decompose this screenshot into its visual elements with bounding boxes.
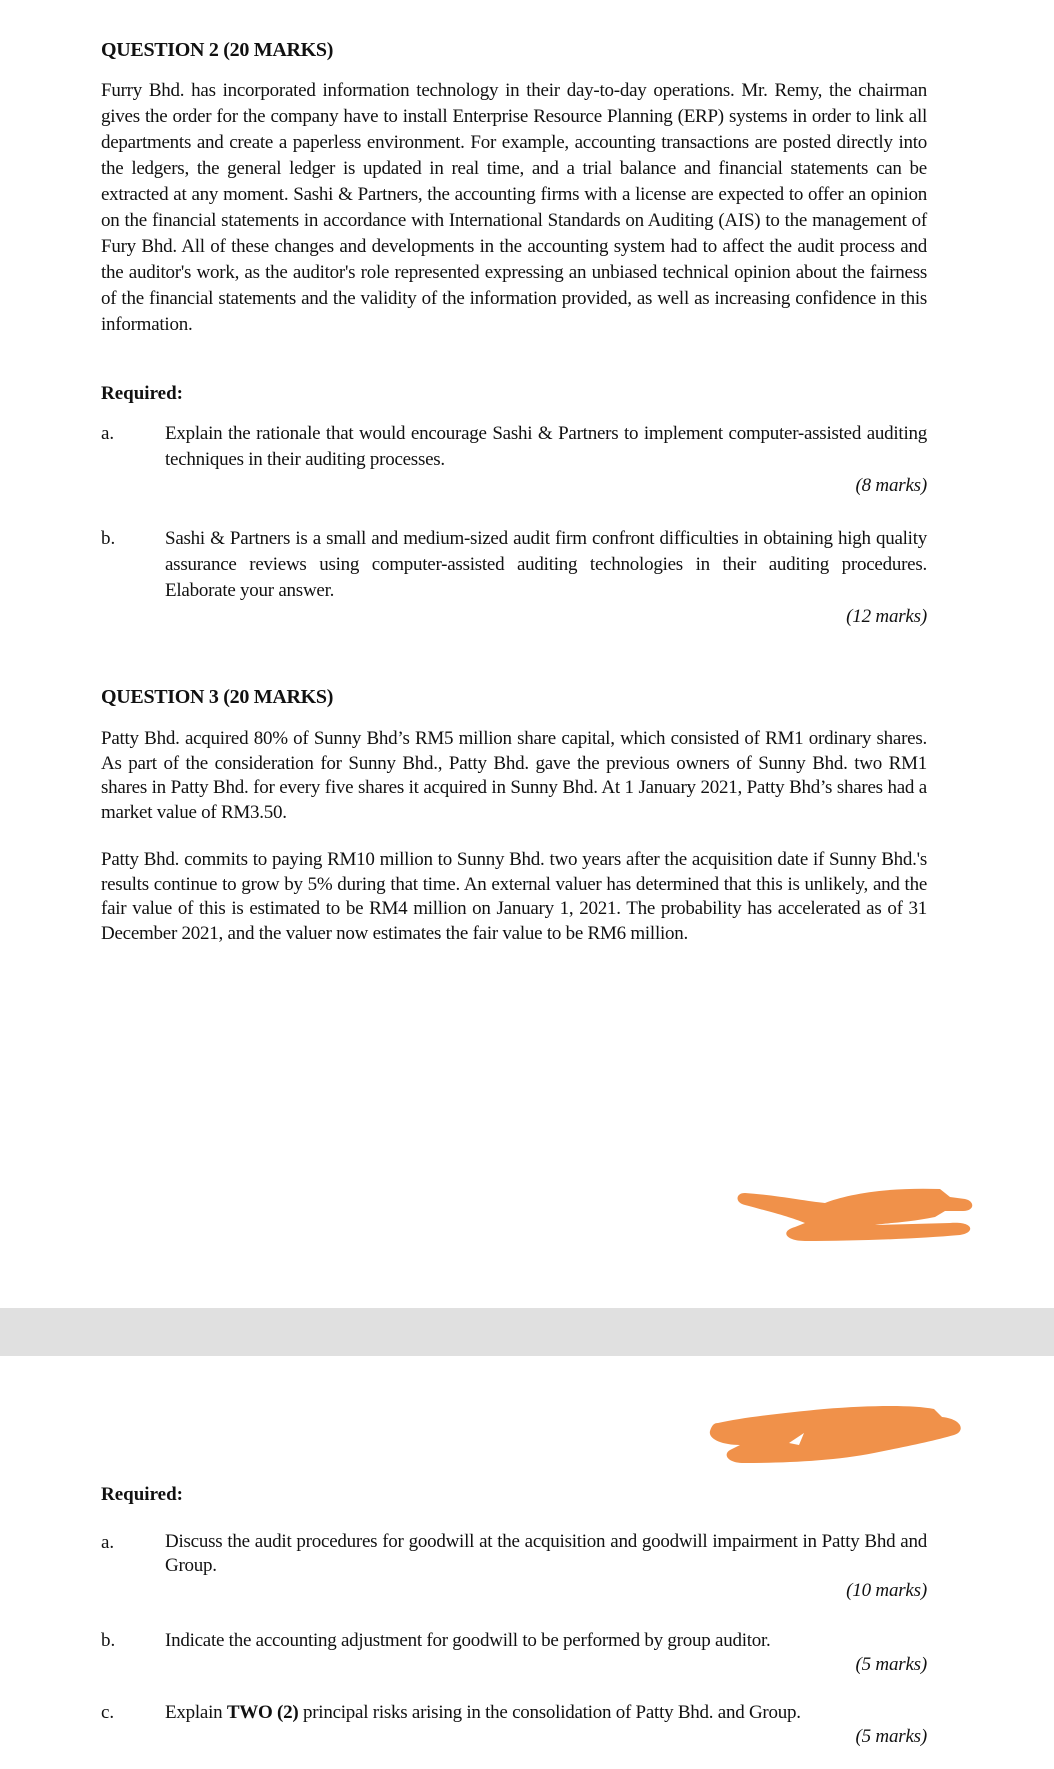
item-marks: (10 marks) [101, 1578, 927, 1604]
question-3-required-label: Required: [101, 1484, 183, 1506]
redaction-mark [704, 1403, 966, 1465]
item-marks: (5 marks) [101, 1725, 927, 1749]
item-marks: (8 marks) [101, 473, 927, 499]
redaction-scribble-icon [735, 1183, 985, 1245]
page-break-separator [0, 1308, 1054, 1356]
redaction-mark [735, 1183, 985, 1245]
question-2-heading: QUESTION 2 (20 MARKS) [101, 39, 333, 62]
item-label: a. [101, 421, 114, 447]
item-label: b. [101, 526, 115, 552]
item-text: Explain the rationale that would encoura… [165, 421, 927, 473]
item-text-end: principal risks arising in the consolida… [298, 1702, 800, 1723]
question-2-required-label: Required: [101, 383, 183, 405]
question-3-paragraph-2: Patty Bhd. commits to paying RM10 millio… [101, 848, 927, 946]
item-label: a. [101, 1530, 114, 1556]
redaction-scribble-icon [704, 1403, 966, 1465]
question-3-item-a: a. Discuss the audit procedures for good… [101, 1530, 927, 1604]
item-text: Discuss the audit procedures for goodwil… [165, 1530, 927, 1578]
item-text: Explain TWO (2) principal risks arising … [165, 1701, 927, 1725]
question-3-paragraph-1: Patty Bhd. acquired 80% of Sunny Bhd’s R… [101, 727, 927, 825]
question-2-item-b: b. Sashi & Partners is a small and mediu… [101, 526, 927, 630]
item-text-emphasis: TWO (2) [227, 1702, 299, 1723]
question-3-item-c: c. Explain TWO (2) principal risks arisi… [101, 1701, 927, 1749]
question-2-body: Furry Bhd. has incorporated information … [101, 78, 927, 338]
item-marks: (5 marks) [101, 1653, 927, 1677]
question-3-item-b: b. Indicate the accounting adjustment fo… [101, 1629, 927, 1677]
item-label: b. [101, 1629, 115, 1653]
question-3-heading: QUESTION 3 (20 MARKS) [101, 686, 333, 709]
item-label: c. [101, 1701, 114, 1725]
item-marks: (12 marks) [101, 604, 927, 630]
question-2-item-a: a. Explain the rationale that would enco… [101, 421, 927, 499]
item-text: Indicate the accounting adjustment for g… [165, 1629, 927, 1653]
item-text: Sashi & Partners is a small and medium-s… [165, 526, 927, 604]
item-text-start: Explain [165, 1702, 227, 1723]
